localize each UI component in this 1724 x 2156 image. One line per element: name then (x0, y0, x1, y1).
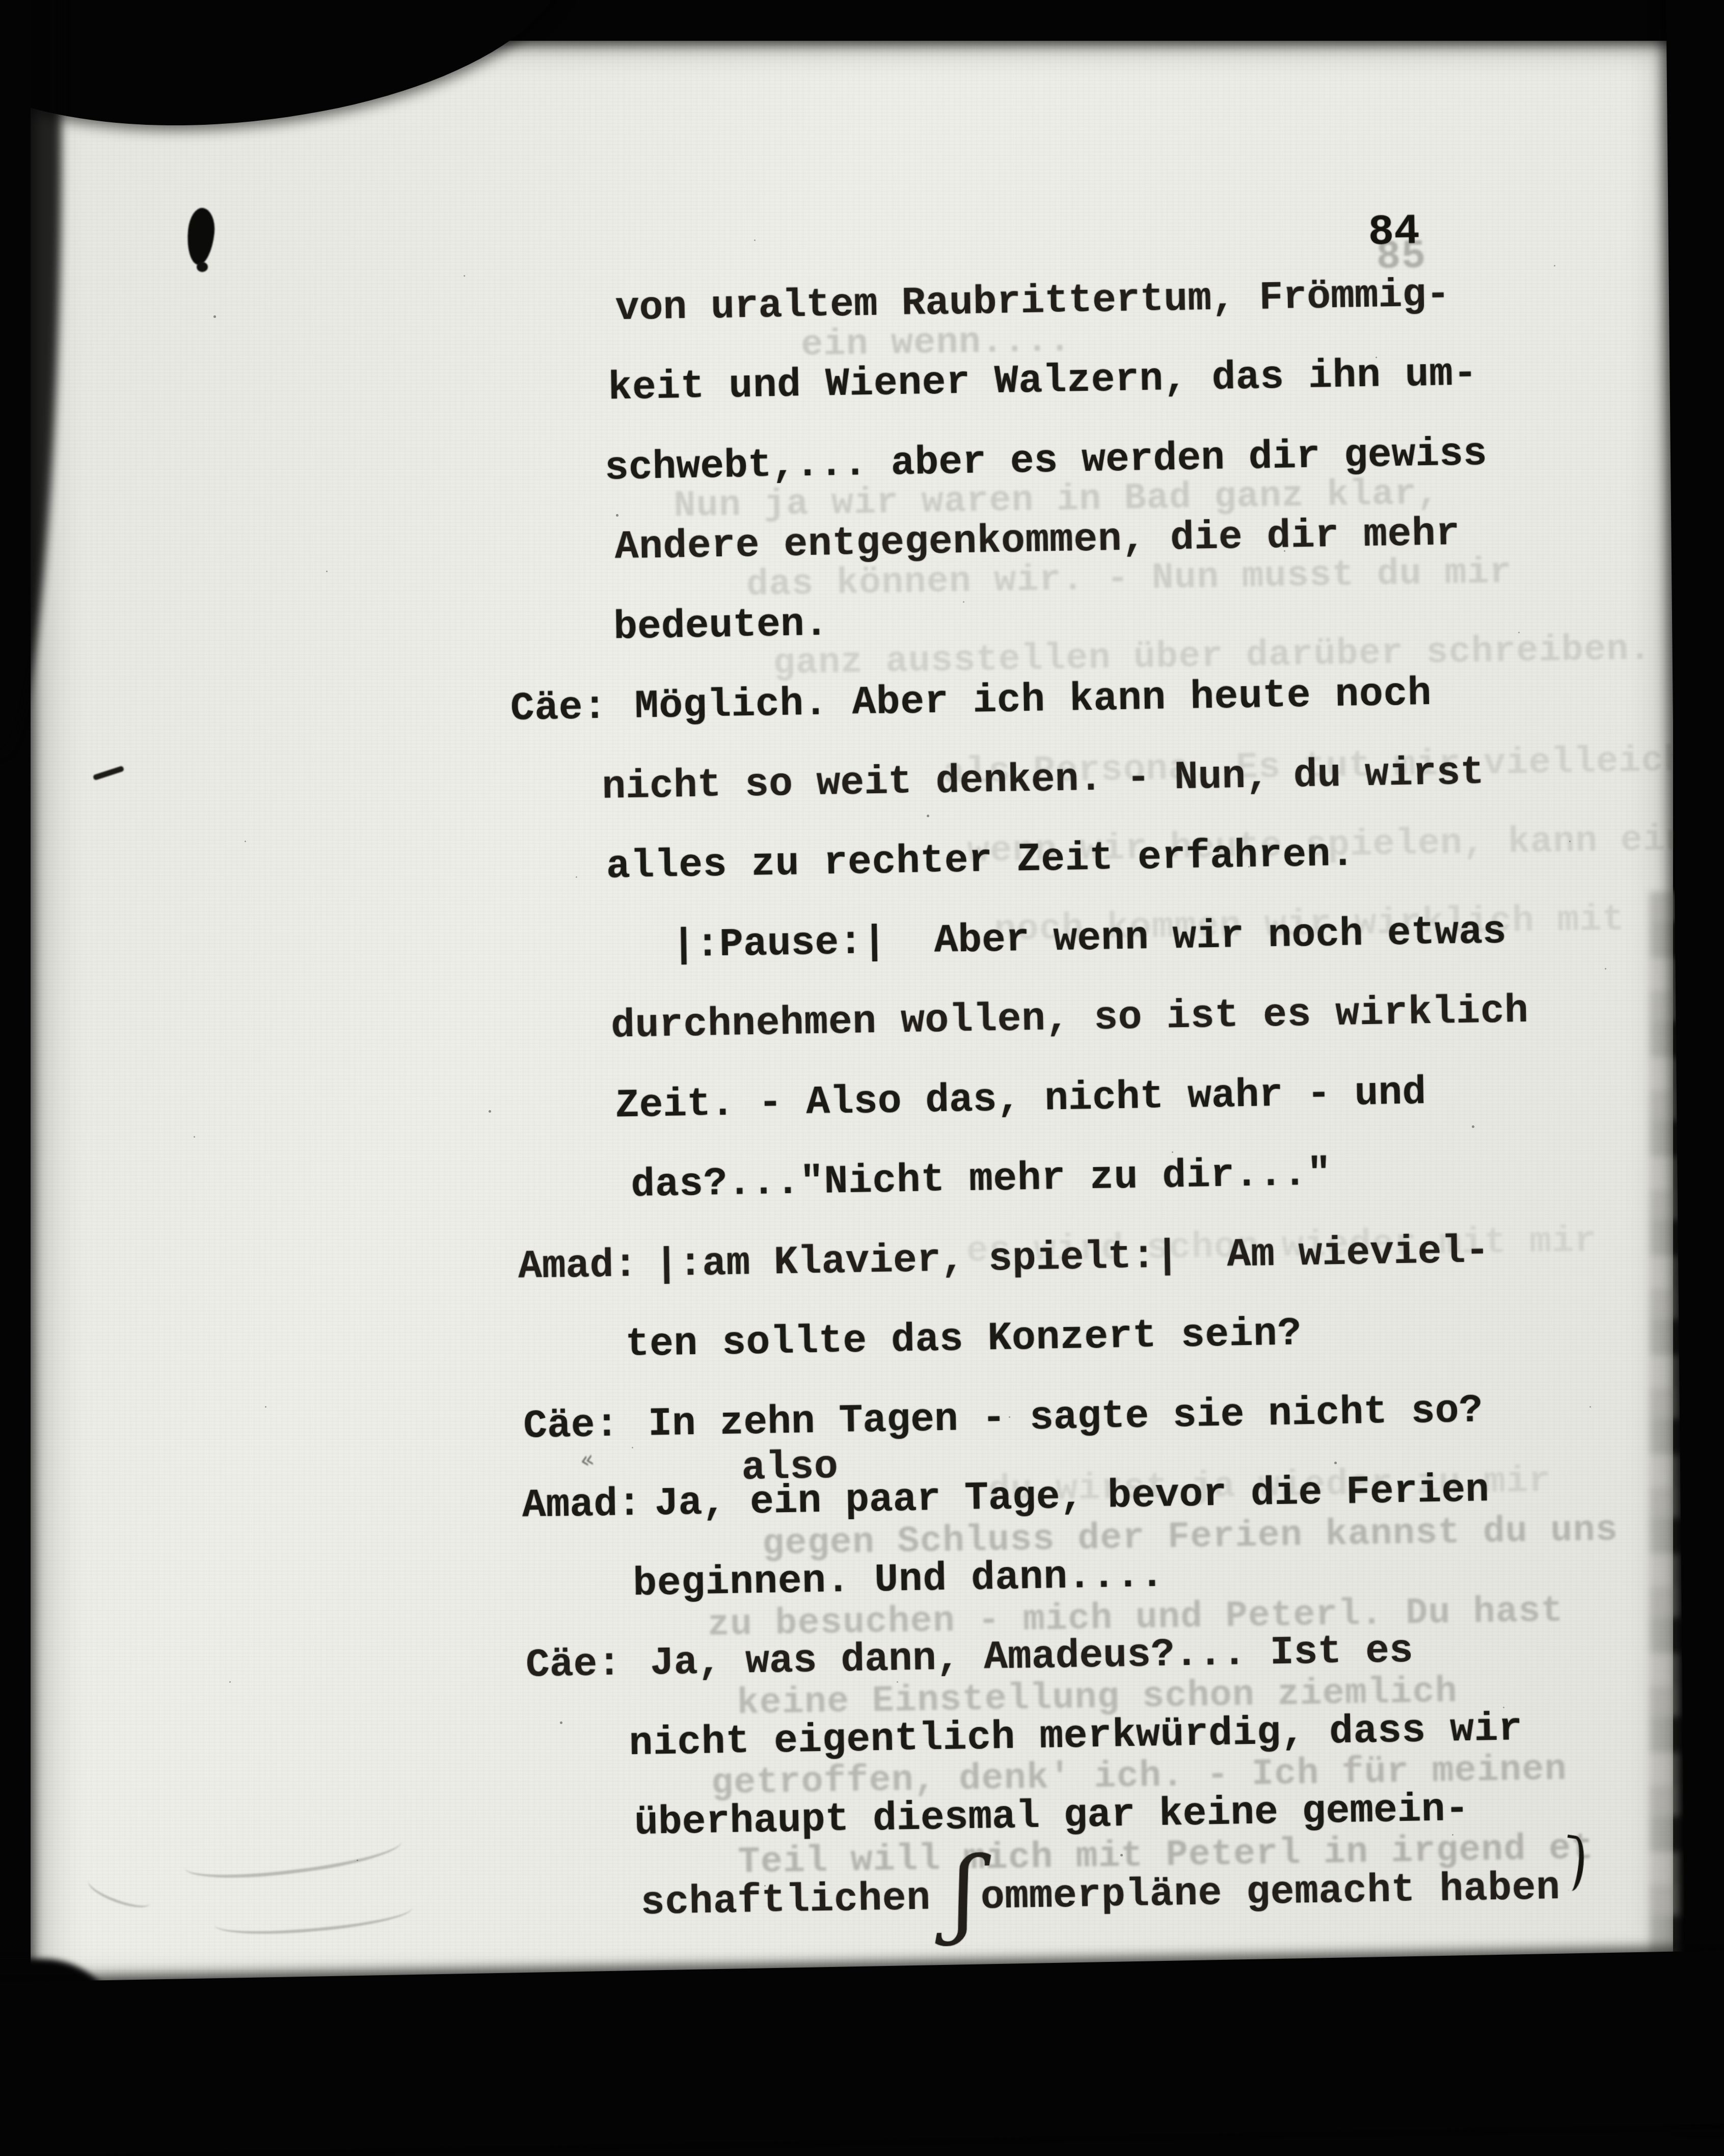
page-number: 84 (1368, 208, 1420, 257)
typewritten-text-layer: 84 von uraltem Raubrittertum, Frömmig-ke… (502, 260, 1724, 2058)
typed-line: schwebt,... aber es werden dir gewiss (604, 432, 1487, 491)
typed-line: beginnen. Und dann.... (633, 1553, 1165, 1607)
line-text: Andere entgegenkommen, die dir mehr (614, 511, 1461, 570)
typed-line: keit und Wiener Walzern, das ihn um- (608, 352, 1478, 411)
speaker-label: Amad: (518, 1243, 637, 1290)
line-text: In zehn Tagen - sagte sie nicht so? (648, 1388, 1484, 1447)
line-text: bedeuten. (613, 602, 829, 650)
line-text: alles zu rechter Zeit erfahren. (606, 832, 1355, 889)
line-text: nicht eigentlich merkwürdig, dass wir (629, 1707, 1523, 1766)
speaker-label: Amad: (522, 1482, 641, 1529)
ink-blot-drip (197, 262, 208, 272)
typed-line: nicht so weit denken. - Nun, du wirst (602, 750, 1485, 810)
typed-line: alles zu rechter Zeit erfahren. (606, 832, 1355, 889)
line-text: nicht so weit denken. - Nun, du wirst (602, 750, 1485, 810)
speaker-label: Cäe: (525, 1641, 622, 1688)
speaker-label: Cäe: (510, 685, 607, 732)
typed-line: Amad:|:am Klavier, spielt:| Am wieviel- (654, 1229, 1490, 1287)
line-text: Ja, was dann, Amadeus?... Ist es (650, 1629, 1413, 1686)
typed-line: bedeuten. (613, 602, 829, 650)
line-text: ommerpläne gemacht haben (980, 1866, 1560, 1920)
typed-line: Zeit. - Also das, nicht wahr - und (615, 1070, 1426, 1128)
line-text: beginnen. Und dann.... (633, 1553, 1165, 1607)
typed-line: Cäe:Ja, was dann, Amadeus?... Ist es (650, 1629, 1413, 1686)
line-text: durchnehmen wollen, so ist es wirklich (611, 989, 1529, 1049)
typed-line: überhaupt diesmal gar keine gemein- (634, 1787, 1470, 1846)
typed-line: Cäe:In zehn Tagen - sagte sie nicht so? (648, 1388, 1484, 1447)
typed-line: ten sollte das Konzert sein? (625, 1311, 1302, 1367)
typed-line: |:Pause:| Aber wenn wir noch etwas (671, 909, 1507, 968)
speaker-label: Cäe: (523, 1403, 619, 1449)
line-text: überhaupt diesmal gar keine gemein- (634, 1787, 1470, 1846)
typed-line: von uraltem Raubrittertum, Frömmig- (615, 273, 1450, 331)
line-text: von uraltem Raubrittertum, Frömmig- (615, 273, 1450, 331)
line-text: schwebt,... aber es werden dir gewiss (604, 432, 1487, 491)
line-text: Zeit. - Also das, nicht wahr - und (615, 1070, 1426, 1128)
typed-line: Andere entgegenkommen, die dir mehr (614, 511, 1461, 570)
line-text: |:Pause:| Aber wenn wir noch etwas (671, 909, 1507, 968)
line-text: Möglich. Aber ich kann heute noch (634, 671, 1432, 730)
handwritten-s-flourish: ʃ (951, 1837, 979, 1948)
line-text: ten sollte das Konzert sein? (625, 1311, 1302, 1367)
line-text: keit und Wiener Walzern, das ihn um- (608, 352, 1478, 411)
line-text: |:am Klavier, spielt:| Am wieviel- (654, 1229, 1490, 1287)
typed-line: nicht eigentlich merkwürdig, dass wir (629, 1707, 1523, 1766)
handwritten-squiggle (1559, 1835, 1588, 1892)
typed-line: das?..."Nicht mehr zu dir..." (631, 1151, 1332, 1208)
line-text: schaftlichen (640, 1876, 955, 1926)
typed-line: Cäe:Möglich. Aber ich kann heute noch (634, 671, 1432, 730)
typed-line: durchnehmen wollen, so ist es wirklich (611, 989, 1529, 1049)
scanned-page: 85ein wenn....Nun ja wir waren in Bad ga… (0, 0, 1724, 2058)
line-text: das?..."Nicht mehr zu dir..." (631, 1151, 1332, 1208)
typed-line: schaftlichen ʃommerpläne gemacht haben (640, 1866, 1560, 1926)
